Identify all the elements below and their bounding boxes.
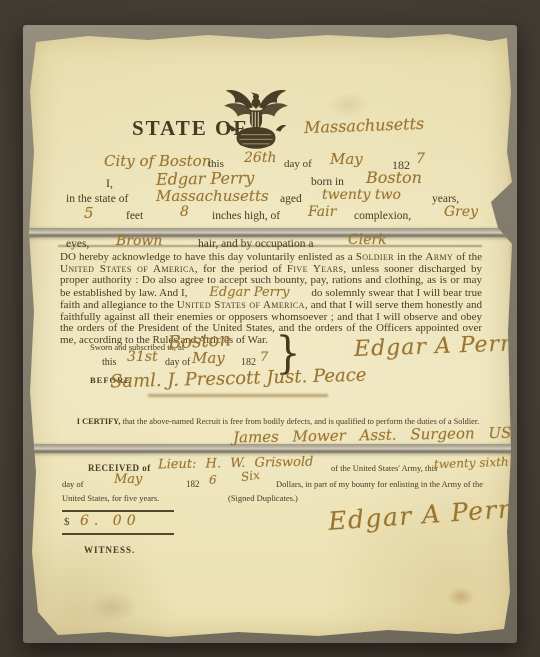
month-handwritten: May: [330, 150, 363, 168]
paper-stain: [88, 592, 138, 622]
amount-handwritten: 6. 00: [80, 513, 141, 529]
state-name-handwritten: Massachusetts: [304, 114, 425, 137]
state-of-label: in the state of: [66, 193, 128, 205]
feet-label: feet: [126, 210, 143, 222]
currency-sign: $: [64, 516, 70, 528]
signature-smudge: [148, 394, 328, 397]
paper-stain: [448, 587, 474, 607]
sworn-year-digit: 7: [260, 350, 268, 365]
recruit-name-handwritten: Edgar Perry: [156, 168, 255, 189]
justice-signature: Saml. J. Prescott Just. Peace: [110, 365, 367, 393]
signed-duplicates-label: (Signed Duplicates.): [228, 493, 298, 503]
enlistment-paper: STATE OF Massachusetts City of Boston th…: [28, 32, 512, 638]
witness-label: WITNESS.: [84, 545, 135, 555]
complexion-value-handwritten: Fair: [308, 204, 336, 220]
received-year-digit: 6: [209, 473, 217, 487]
received-month-handwritten: May: [114, 472, 142, 487]
day-of-label: day of: [284, 158, 312, 170]
oath-text: DO hereby acknowledge to have this day v…: [60, 251, 356, 263]
year-digit-handwritten: 7: [416, 151, 425, 167]
state-handwritten: Massachusetts: [156, 187, 269, 205]
sworn-month-handwritten: May: [192, 349, 225, 367]
oath-paragraph: DO hereby acknowledge to have this day v…: [60, 252, 482, 347]
eye-color-handwritten: Grey: [444, 204, 478, 220]
crease-line: [58, 245, 482, 247]
amount-rule-bottom: [62, 533, 174, 535]
army-label: of the United States' Army, this: [331, 463, 437, 473]
sworn-day-handwritten: 31st: [127, 349, 158, 365]
received-day-of-label: day of: [62, 479, 83, 489]
recruit-signature-bottom: Edgar A Perry: [327, 493, 528, 536]
oath-soldier: Soldier: [356, 251, 394, 263]
officer-handwritten: Lieut: H. W. Griswold: [158, 455, 314, 473]
amount-words-handwritten: Six: [240, 468, 261, 484]
recruit-signature-middle: Edgar A Perry: [354, 331, 526, 362]
i-label: I,: [106, 176, 113, 191]
certify-label: I CERTIFY,: [77, 417, 121, 426]
sworn-year-printed: 182: [241, 357, 256, 368]
received-year-printed: 182: [186, 479, 200, 489]
photo-of-enlistment-document: { "palette":{"backdrop":"#423b32","mat":…: [0, 0, 540, 657]
oath-text: in the: [394, 251, 425, 263]
eyes-label: eyes,: [66, 238, 89, 250]
oath-army: Army: [425, 251, 453, 263]
birthplace-handwritten: Boston: [366, 168, 422, 187]
age-handwritten: twenty two: [322, 187, 401, 203]
oath-text: for the period of: [198, 263, 287, 275]
received-day-words: twenty sixth: [434, 455, 509, 472]
sworn-this-label: this: [102, 357, 116, 368]
five-years-label: United States, for five years.: [62, 493, 159, 503]
aged-label: aged: [280, 193, 302, 205]
hair-occupation-label: hair, and by occupation a: [198, 238, 313, 250]
paper-stain: [328, 92, 368, 118]
amount-rule-top: [62, 510, 174, 512]
place-handwritten: City of Boston: [104, 152, 211, 170]
eagle-emblem-icon: [218, 80, 294, 156]
fold-crease-upper: [24, 228, 518, 237]
dollars-label: Dollars, in part of my bounty for enlist…: [276, 479, 483, 489]
sworn-day-of-label: day of: [165, 357, 190, 368]
fold-crease-lower: [24, 444, 518, 453]
oath-usa2: United States of America,: [177, 299, 308, 311]
day-handwritten: 26th: [244, 150, 276, 166]
oath-five-years: Five Years,: [287, 263, 347, 275]
oath-text: of the: [453, 251, 482, 263]
inches-value-handwritten: 8: [180, 204, 189, 220]
inches-label: inches high, of: [212, 210, 280, 222]
oath-usa: United States of America,: [60, 263, 198, 275]
feet-value-handwritten: 5: [84, 204, 94, 222]
complexion-label: complexion,: [354, 210, 411, 222]
